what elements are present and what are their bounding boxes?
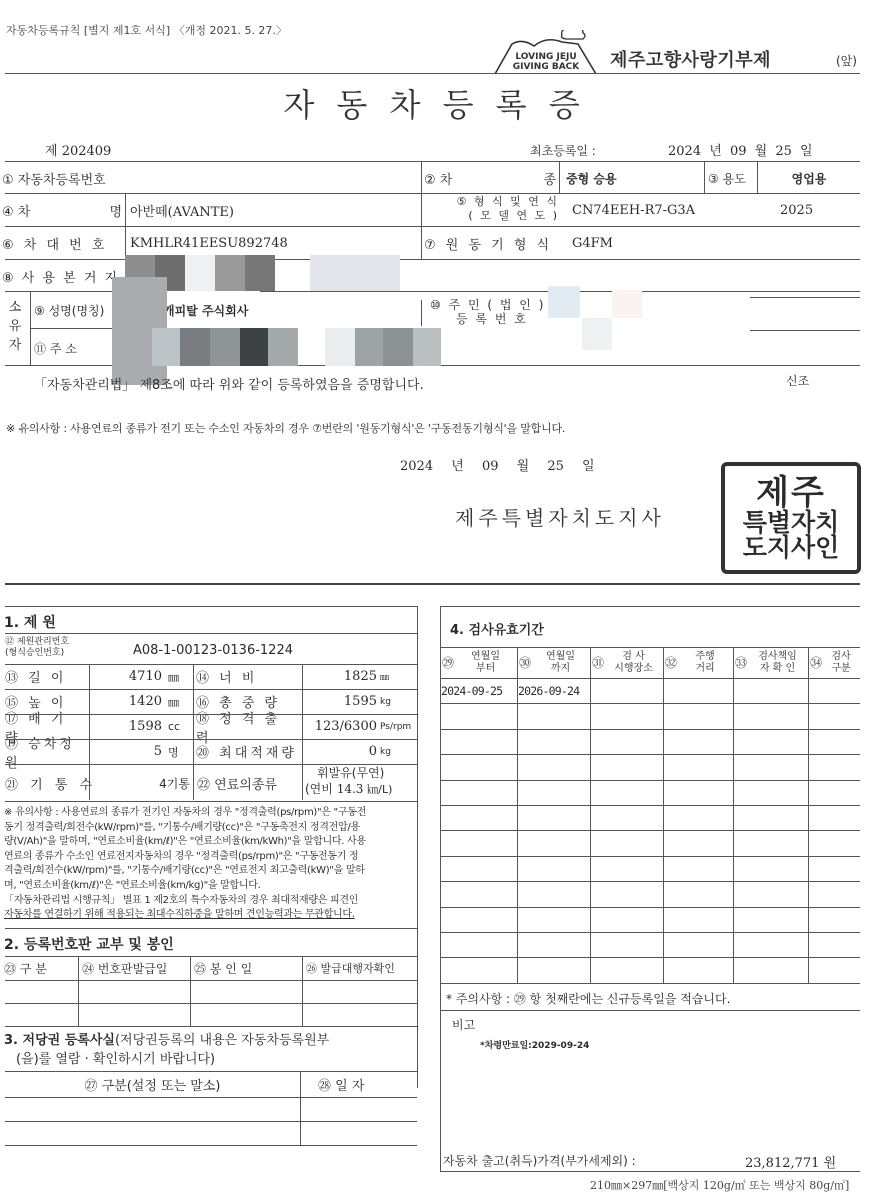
inspection-header: ㉛검 사시행장소 (592, 649, 661, 677)
label-owner-name: ⑨ 성명(명칭) (34, 295, 104, 325)
label-usage: ③ 용도 (708, 163, 746, 193)
note-line: 격출력/회전수(kW/rpm)"를, "기통수/배기량(cc)"은 "연료전지 … (4, 864, 416, 879)
official-seal: 제주 특별자치 도지사인 (721, 462, 861, 574)
spec-label: ⑭ 너 비 (196, 664, 300, 689)
document-number: 제 202409 (45, 140, 111, 159)
plates-header-issue-date: ㉔ 번호판발급일 (82, 957, 167, 979)
issuer-name: 제주특별자치도지사 (455, 502, 665, 531)
campaign-title: 제주고향사랑기부제 (610, 46, 771, 72)
specs-section-title: 1. 제 원 (4, 612, 56, 632)
plates-header-agent-confirm: ㉖ 발급대행자확인 (306, 957, 395, 979)
plates-header-seal-date: ㉕ 봉 인 일 (194, 957, 252, 979)
spec-unit: ㎜ (168, 664, 179, 689)
spec-value: 1598 (92, 714, 162, 739)
label-engine-type: ⑦ 원 동 기 형 식 (424, 228, 552, 258)
model-year-value: 2025 (780, 195, 813, 225)
cylinders-value: 4기통 (90, 766, 190, 800)
note-line: 자동차를 연결하기 위해 적용되는 최대수직하중을 말하며 견인능력과는 무관합… (4, 908, 416, 923)
mortgage-header-category: ㉗ 구분(설정 또는 말소) (5, 1072, 300, 1096)
spec-unit: 명 (168, 739, 179, 764)
inspection-header: ㉙연월일부터 (442, 649, 515, 677)
spec-value: 1595 (305, 689, 377, 714)
first-registration-date: 2024 년 09 월 25 일 (668, 140, 813, 159)
first-registration-label: 최초등록일 : (530, 142, 596, 159)
label-fuel-type: ㉒ 연료의종류 (197, 766, 277, 800)
logo-line1: LOVING JEJU (502, 52, 590, 62)
spec-value: 1420 (92, 689, 162, 714)
spec-value: 1825 (305, 664, 377, 689)
spec-value: 0 (305, 739, 377, 764)
spec-unit: kg (380, 689, 391, 714)
inspection-header: ㉝검사책임자 확 인 (735, 649, 806, 677)
plates-header-category: ㉓ 구 분 (4, 957, 78, 979)
spec-unit: Ps/rpm (380, 714, 411, 739)
spec-unit: ㎜ (380, 664, 389, 689)
label-vin: ⑥ 차 대 번 호 (2, 228, 107, 258)
certification-text: 「자동차관리법」 제8조에 따라 위와 같이 등록하였음을 증명합니다. (34, 374, 424, 393)
label-registration-number: ① 자동차등록번호 (2, 163, 106, 193)
paper-spec: 210㎜×297㎜[백상지 120g/㎡ 또는 백상지 80g/㎡] (590, 1177, 849, 1193)
label-car-name: ④ 차명 (2, 195, 122, 225)
document-title: 자 동 차 등 록 증 (0, 80, 869, 126)
label-spec-management-number: ⑫ 제원관리번호 (형식승인번호) (5, 637, 69, 659)
car-name-value: 아반떼(AVANTE) (130, 195, 234, 225)
label-resident-number: ⑩ 주 민 ( 법 인 ) 등 록 번 호 (430, 298, 545, 326)
loving-jeju-logo: LOVING JEJU GIVING BACK (492, 30, 600, 72)
spec-unit: cc (168, 714, 180, 739)
spec-value: 4710 (92, 664, 162, 689)
spec-value: 123/6300 (305, 714, 377, 739)
mortgage-header-date: ㉘ 일 자 (318, 1072, 364, 1096)
note-line: 량(V/Ah)"을 말하며, "연료소비율(km/ℓ)"은 "연료소비율(km/… (4, 835, 416, 850)
owner-group-label: 소 유 자 (6, 298, 24, 355)
plates-section-title: 2. 등록번호판 교부 및 봉인 (4, 934, 174, 954)
label-vehicle-type: ② 차종 (424, 163, 556, 193)
mortgage-section: 3. 저당권 등록사실(저당권등록의 내용은 자동차등록원부 (을)를 열람 ·… (4, 1031, 329, 1069)
note-line: 며, "연료소비율(km/ℓ)"은 "연료소비율(km/kg)"을 말합니다. (4, 879, 416, 894)
inspection-header: ㉚연월일까지 (519, 649, 588, 677)
spec-label: ⑳ 최대적재량 (196, 739, 300, 764)
label-base-location: ⑧ 사 용 본 거 지 (2, 261, 119, 291)
inspection-section-title: 4. 검사유효기간 (450, 619, 544, 638)
issue-date: 2024 년 09 월 25 일 (400, 455, 595, 474)
vehicle-type-value: 중형 승용 (566, 163, 617, 193)
owner-name-value: 캐피탈 주식회사 (163, 298, 248, 322)
specs-notes: ※ 유의사항 : 사용연료의 종류가 전기인 자동차의 경우 "정격출력(ps/… (4, 806, 416, 923)
label-owner-address: ⑪ 주 소 (34, 333, 77, 363)
remarks-label: 비고 (452, 1016, 475, 1033)
usage-value: 영업용 (760, 163, 858, 193)
price-value: 23,812,771 원 (745, 1152, 836, 1171)
label-model-year: ⑤ 형 식 및 연 식 ( 모 델 연 도 ) (424, 195, 559, 223)
spec-unit: kg (380, 739, 391, 764)
caution-note: ※ 유의사항 : 사용연료의 종류가 전기 또는 수소인 자동차의 경우 ⑦번란… (6, 420, 565, 436)
inspection-cell: 2026-09-24 (518, 678, 579, 703)
engine-type-value: G4FM (572, 228, 613, 258)
inspection-header: ㉞검사구분 (810, 649, 858, 677)
spec-unit: ㎜ (168, 689, 179, 714)
inspection-cell: 2024-09-25 (441, 678, 502, 703)
model-value: CN74EEH-R7-G3A (572, 195, 695, 225)
remarks-value: *차령만료일:2029-09-24 (480, 1038, 589, 1051)
note-line: ※ 유의사항 : 사용연료의 종류가 전기인 자동차의 경우 "정격출력(ps/… (4, 806, 416, 821)
new-registration-mark: 신조 (786, 372, 809, 389)
vin-value: KMHLR41EESU892748 (130, 228, 288, 258)
inspection-caution: * 주의사항 : ㉙ 항 첫째란에는 신규등록일을 적습니다. (446, 990, 730, 1007)
spec-label: ⑱ 정 격 출 력 (196, 714, 300, 739)
fuel-value: 휘발유(무연) (연비 14.3 ㎞/L) (305, 765, 392, 798)
note-line: 연료의 종류가 수소인 연료전지자동차의 경우 "정격출력(ps/rpm)"은 … (4, 850, 416, 865)
note-line: 동기 정격출력/회전수(kW/rpm)"를, "기통수/배기량(cc)"은 "구… (4, 821, 416, 836)
price-label: 자동차 출고(취득)가격(부가세제외) : (443, 1152, 636, 1169)
spec-management-number-value: A08-1-00123-0136-1224 (133, 638, 293, 662)
logo-line2: GIVING BACK (502, 62, 590, 72)
spec-label: ⑬ 길 이 (5, 664, 87, 689)
inspection-header: ㉜주행거리 (665, 649, 731, 677)
spec-value: 5 (92, 739, 162, 764)
label-cylinders: ㉑ 기 통 수 (5, 766, 96, 800)
side-indicator: (앞) (836, 52, 857, 69)
spec-label: ⑲ 승차정원 (5, 739, 87, 764)
note-line: 「자동차관리법 시행규칙」 별표 1 제2호의 특수자동차의 경우 최대적재량은… (4, 894, 416, 909)
form-reference: 자동차등록규칙 [별지 제1호 서식] 〈개정 2021. 5. 27.〉 (6, 22, 287, 38)
